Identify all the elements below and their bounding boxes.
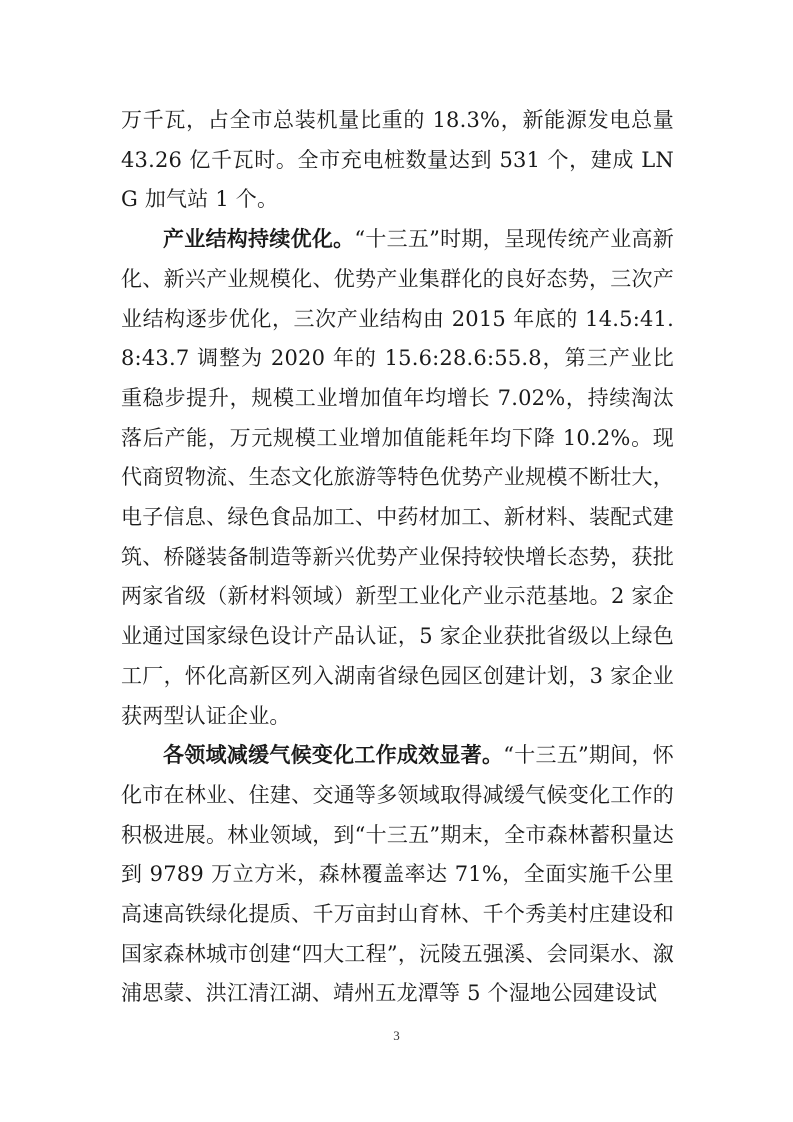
paragraph-lead-heading: 各领域减缓气候变化工作成效显著。 [163,743,503,767]
paragraph-text: “十三五”期间，怀化市在林业、住建、交通等多领域取得减缓气候变化工作的积极进展。… [121,743,674,1005]
paragraph-energy-continued: 万千瓦，占全市总装机量比重的 18.3%，新能源发电总量 43.26 亿千瓦时。… [121,101,674,220]
paragraph-text: “十三五”时期，呈现传统产业高新化、新兴产业规模化、优势产业集群化的良好态势，三… [121,227,674,727]
paragraph-industrial-structure: 产业结构持续优化。“十三五”时期，呈现传统产业高新化、新兴产业规模化、优势产业集… [121,220,674,736]
paragraph-lead-heading: 产业结构持续优化。 [163,227,354,251]
page-number: 3 [0,1028,793,1044]
paragraph-climate-mitigation: 各领域减缓气候变化工作成效显著。“十三五”期间，怀化市在林业、住建、交通等多领域… [121,736,674,1014]
document-page: 万千瓦，占全市总装机量比重的 18.3%，新能源发电总量 43.26 亿千瓦时。… [121,101,674,1014]
paragraph-text: 万千瓦，占全市总装机量比重的 18.3%，新能源发电总量 43.26 亿千瓦时。… [121,108,674,211]
